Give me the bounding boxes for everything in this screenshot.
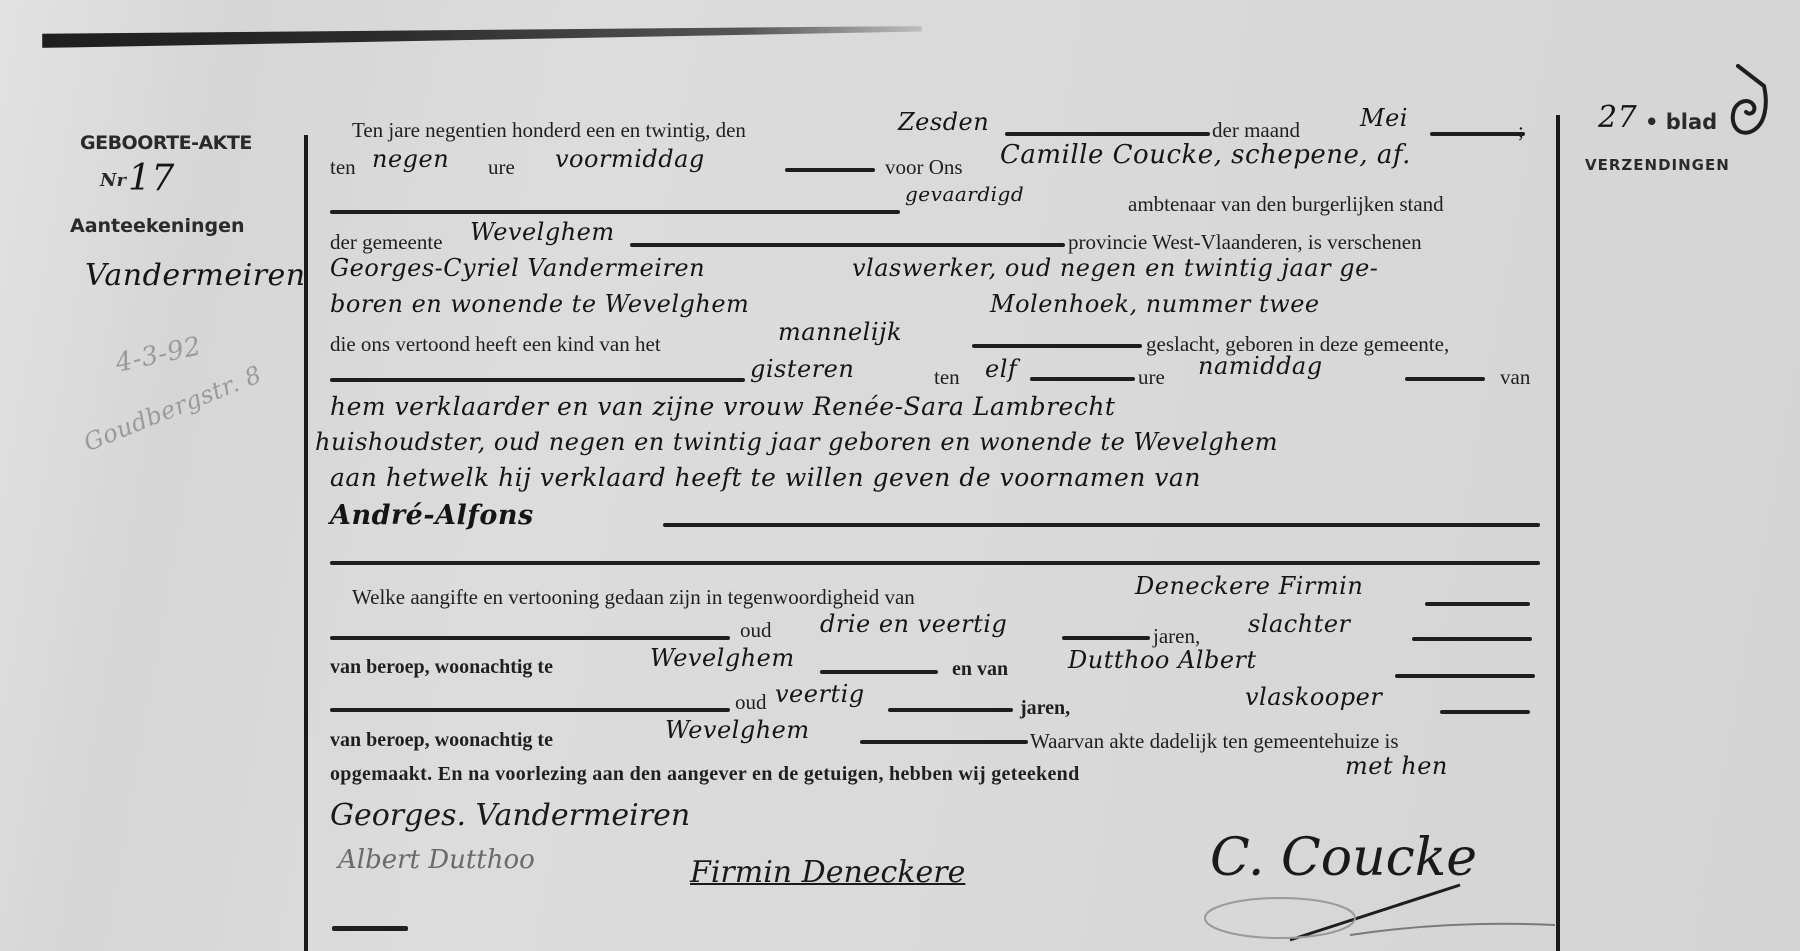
hand-declarant-residence: boren en wonende te Wevelghem [330, 290, 749, 318]
fill-rule [1405, 377, 1485, 381]
scan-edge-bar [42, 26, 922, 48]
certificate-type-stamp: GEBOORTE-AKTE [80, 132, 252, 154]
text-gemeente: der gemeente [330, 230, 443, 255]
margin-note-date: 4-3-92 [113, 331, 204, 378]
signature-declarant: Georges. Vandermeiren [330, 798, 690, 833]
fill-rule [330, 210, 900, 214]
hand-daypart: voormiddag [555, 145, 705, 173]
punctuation: ; [1518, 118, 1524, 143]
text-voor-ons: voor Ons [885, 155, 963, 180]
hand-when: gisteren [750, 355, 854, 383]
hand-mother: hem verklaarder en van zijne vrouw Renée… [330, 392, 1115, 421]
hand-birth-hour: elf [985, 355, 1017, 383]
text-witness-intro: Welke aangifte en vertooning gedaan zijn… [352, 585, 915, 610]
hand-declarant-occupation: vlaswerker, oud negen en twintig jaar ge… [852, 254, 1378, 282]
signature-witness-2: Albert Dutthoo [338, 845, 535, 875]
fill-rule [888, 708, 1013, 712]
fill-rule [860, 740, 1028, 744]
notes-label: Aanteekeningen [70, 215, 245, 237]
hand-declarant-name: Georges-Cyriel Vandermeiren [330, 254, 705, 282]
fill-rule [1005, 132, 1210, 136]
hand-sex: mannelijk [778, 318, 902, 346]
text-waarvan: Waarvan akte dadelijk ten gemeentehuize … [1030, 729, 1399, 754]
hand-witness-2-age: veertig [775, 680, 865, 708]
fill-rule [972, 344, 1142, 348]
text-en-van: en van [952, 658, 1008, 681]
hand-official: Camille Coucke, schepene, af. [1000, 140, 1411, 170]
hand-naming-statement: aan hetwelk hij verklaard heeft te wille… [330, 463, 1201, 492]
fill-rule [1425, 602, 1530, 606]
fill-rule [820, 670, 938, 674]
closing-dash [332, 926, 408, 931]
text-ure: ure [1138, 365, 1165, 390]
signature-witness-1: Firmin Deneckere [690, 855, 965, 890]
text-oud: oud [735, 690, 767, 715]
hand-municipality: Wevelghem [470, 218, 615, 246]
signature-flourish-icon [1200, 880, 1560, 951]
fill-rule [1440, 710, 1530, 714]
section-separator [330, 561, 1540, 565]
fill-rule [1430, 132, 1525, 136]
fill-rule [1030, 377, 1135, 381]
hand-declarant-address: Molenhoek, nummer twee [990, 290, 1320, 318]
spiral-mark-icon [1728, 64, 1770, 144]
text-oud: oud [740, 618, 772, 643]
certificate-number: 17 [128, 158, 175, 199]
hand-hour: negen [372, 145, 449, 173]
hand-witness-1-residence: Wevelghem [650, 644, 795, 672]
text-line-7: die ons vertoond heeft een kind van het [330, 332, 661, 357]
hand-witness-2-occupation: vlaskooper [1245, 683, 1382, 711]
text-province: provincie West-Vlaanderen, is verschenen [1068, 230, 1422, 255]
fill-rule [663, 523, 1540, 527]
blad-label: • blad [1645, 110, 1717, 134]
page-number: 27 [1598, 100, 1637, 135]
margin-note-name: Vandermeiren [85, 258, 306, 293]
hand-delegated: gevaardigd [905, 182, 1024, 206]
fill-rule [330, 378, 745, 382]
hand-witness-1-age: drie en veertig [820, 610, 1007, 638]
fill-rule [630, 243, 1065, 247]
hand-child-name: André-Alfons [330, 500, 534, 531]
text-line-1: Ten jare negentien honderd een en twinti… [352, 118, 746, 143]
hand-witness-2-residence: Wevelghem [665, 716, 810, 744]
fill-rule [1412, 637, 1532, 641]
hand-met-hen: met hen [1345, 752, 1448, 780]
left-border-line [304, 135, 308, 951]
fill-rule [1062, 636, 1150, 640]
hand-witness-1-occupation: slachter [1248, 610, 1351, 638]
fill-rule [785, 168, 875, 172]
hand-day: Zesden [898, 108, 989, 136]
fill-rule [1395, 674, 1535, 678]
text-jaren: jaren, [1020, 697, 1070, 720]
number-label: Nr [100, 170, 126, 191]
fill-rule [330, 636, 730, 640]
fill-rule [330, 708, 730, 712]
text-ure: ure [488, 155, 515, 180]
verzendingen-label: VERZENDINGEN [1585, 156, 1730, 174]
hand-birth-daypart: namiddag [1198, 352, 1323, 380]
text-beroep-2: van beroep, woonachtig te [330, 729, 553, 752]
hand-witness-2-name: Dutthoo Albert [1068, 646, 1257, 674]
text-closing: opgemaakt. En na voorlezing aan den aang… [330, 763, 1080, 786]
text-ten: ten [934, 365, 960, 390]
margin-note-address: Goudbergstr. 8 [80, 360, 266, 457]
text-ten: ten [330, 155, 356, 180]
hand-mother-details: huishoudster, oud negen en twintig jaar … [315, 428, 1278, 456]
right-border-line [1556, 115, 1560, 951]
text-line-3: ambtenaar van den burgerlijken stand [1128, 192, 1444, 217]
hand-month: Mei [1360, 104, 1408, 132]
signature-official: C. Coucke [1210, 828, 1477, 888]
text-van: van [1500, 365, 1530, 390]
text-beroep-1: van beroep, woonachtig te [330, 656, 553, 679]
hand-witness-1-name: Deneckere Firmin [1135, 572, 1363, 600]
